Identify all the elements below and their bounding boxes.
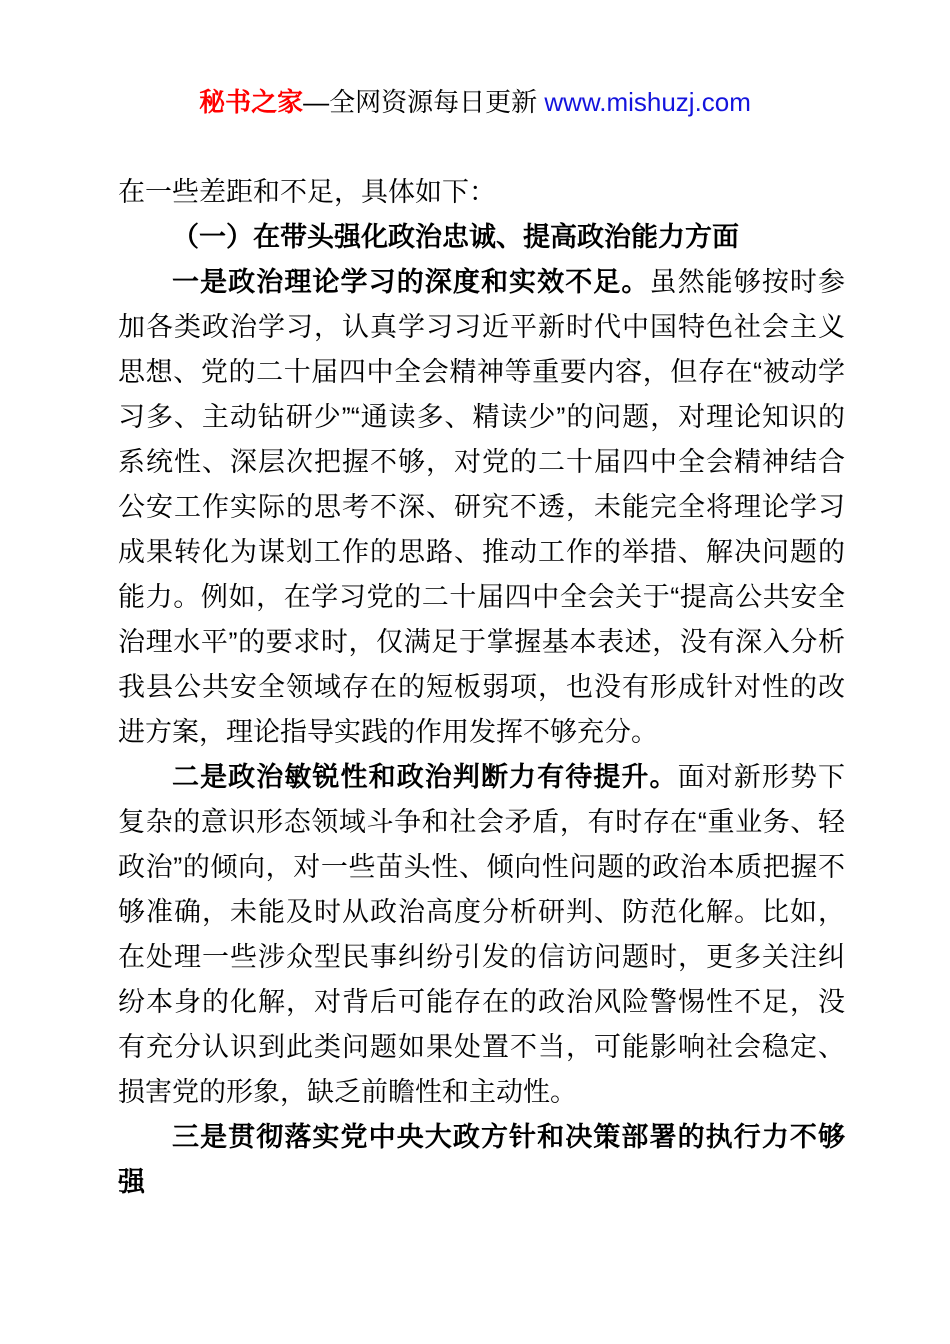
site-url-link[interactable]: www.mishuzj.com — [544, 87, 751, 117]
document-body: 在一些差距和不足，具体如下：（一）在带头强化政治忠诚、提高政治能力方面一是政治理… — [118, 170, 845, 1205]
text-segment: 虽然能够按时参加各类政治学习，认真学习习近平新时代中国特色社会主义思想、党的二十… — [118, 267, 845, 747]
text-segment: 面对新形势下复杂的意识形态领域斗争和社会矛盾，有时存在“重业务、轻政治”的倾向，… — [118, 762, 845, 1107]
text-segment: 一是政治理论学习的深度和实效不足。 — [172, 267, 649, 297]
text-segment: 在一些差距和不足，具体如下： — [118, 177, 496, 207]
text-segment: 三是贯彻落实党中央大政方针和决策部署的执行力不够强 — [118, 1122, 845, 1197]
paragraph: 二是政治敏锐性和政治判断力有待提升。面对新形势下复杂的意识形态领域斗争和社会矛盾… — [118, 755, 845, 1115]
paragraph: 在一些差距和不足，具体如下： — [118, 170, 845, 215]
text-segment: 二是政治敏锐性和政治判断力有待提升。 — [172, 762, 678, 792]
paragraph: 三是贯彻落实党中央大政方针和决策部署的执行力不够强 — [118, 1115, 845, 1205]
site-name: 秘书之家 — [199, 87, 303, 117]
paragraph: （一）在带头强化政治忠诚、提高政治能力方面 — [118, 215, 845, 260]
text-segment: （一）在带头强化政治忠诚、提高政治能力方面 — [172, 222, 739, 252]
paragraph: 一是政治理论学习的深度和实效不足。虽然能够按时参加各类政治学习，认真学习习近平新… — [118, 260, 845, 755]
page-header: 秘书之家—全网资源每日更新 www.mishuzj.com — [0, 84, 950, 120]
document-page: 秘书之家—全网资源每日更新 www.mishuzj.com 在一些差距和不足，具… — [0, 0, 950, 1344]
header-tagline: —全网资源每日更新 — [303, 87, 544, 117]
